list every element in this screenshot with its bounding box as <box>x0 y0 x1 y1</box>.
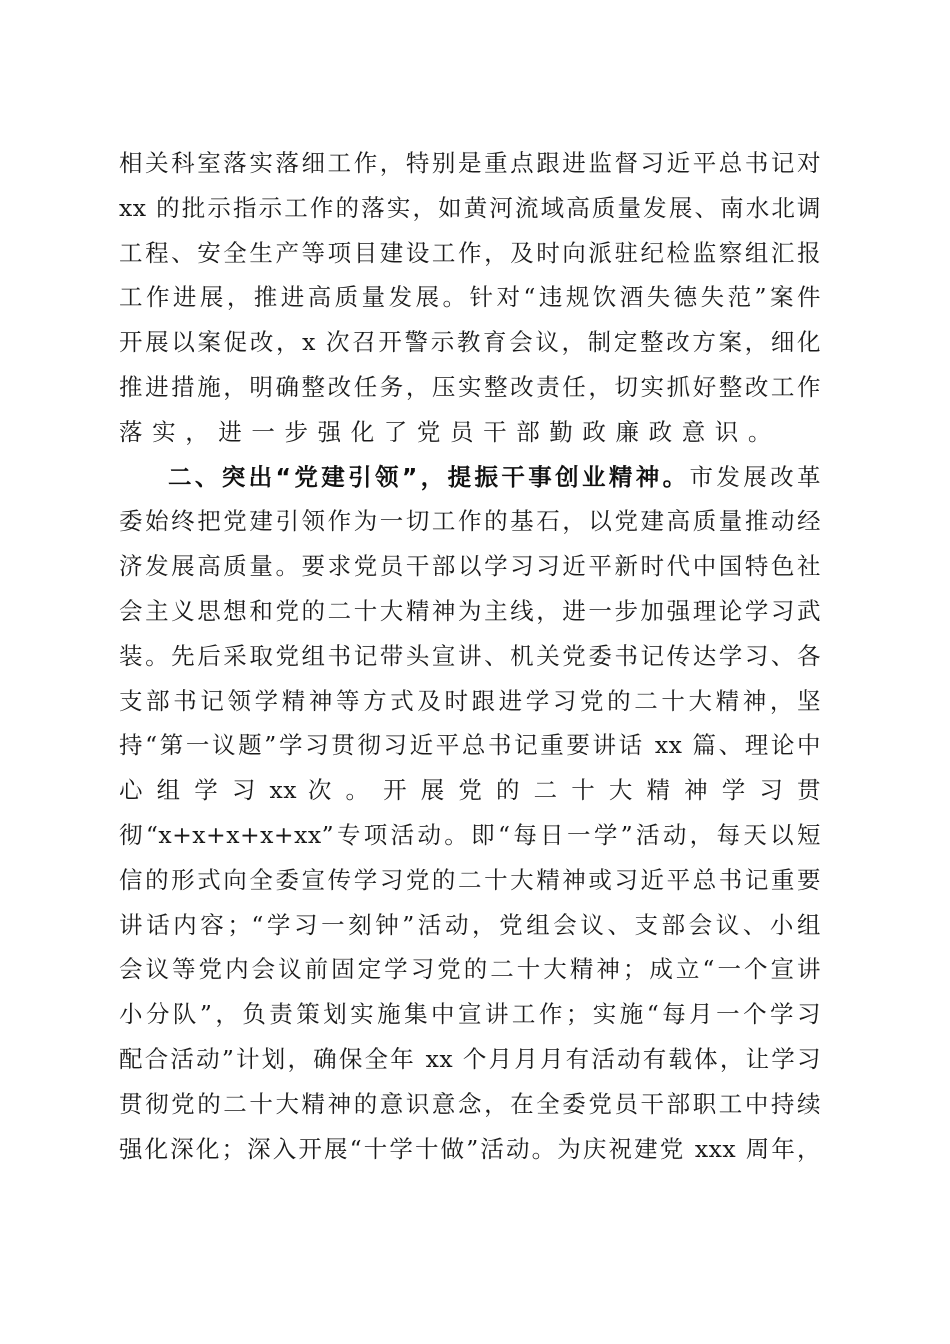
text-line: 工程、安全生产等项目建设工作，及时向派驻纪检监察组汇报 <box>119 231 821 276</box>
text-line: 持“第一议题”学习贯彻习近平总书记重要讲话 xx 篇、理论中 <box>119 723 821 768</box>
text-line: 推进措施，明确整改任务，压实整改责任，切实抓好整改工作 <box>119 365 821 410</box>
text-line: 济发展高质量。要求党员干部以学习习近平新时代中国特色社 <box>119 544 821 589</box>
text-line: 支部书记领学精神等方式及时跟进学习党的二十大精神，坚 <box>119 679 821 724</box>
paragraph-section-two: 二、突出“党建引领”，提振干事创业精神。市发展改革 委始终把党建引领作为一切工作… <box>119 455 821 1172</box>
text-line: 贯彻党的二十大精神的意识意念，在全委党员干部职工中持续 <box>119 1082 821 1127</box>
text-line: 相关科室落实落细工作，特别是重点跟进监督习近平总书记对 <box>119 141 821 186</box>
text-line: 装。先后采取党组书记带头宣讲、机关党委书记传达学习、各 <box>119 634 821 679</box>
body-text: 相关科室落实落细工作，特别是重点跟进监督习近平总书记对 xx 的批示指示工作的落… <box>119 141 821 1171</box>
paragraph-continuation: 相关科室落实落细工作，特别是重点跟进监督习近平总书记对 xx 的批示指示工作的落… <box>119 141 821 455</box>
section-heading-line: 二、突出“党建引领”，提振干事创业精神。市发展改革 <box>119 455 821 500</box>
text-line: 信的形式向全委宣传学习党的二十大精神或习近平总书记重要 <box>119 858 821 903</box>
text-line: xx 的批示指示工作的落实，如黄河流域高质量发展、南水北调 <box>119 186 821 231</box>
text-line: 委始终把党建引领作为一切工作的基石，以党建高质量推动经 <box>119 499 821 544</box>
text-line: 讲话内容；“学习一刻钟”活动，党组会议、支部会议、小组 <box>119 903 821 948</box>
text-line: 彻“x+x+x+x+xx”专项活动。即“每日一学”活动，每天以短 <box>119 813 821 858</box>
document-page: 相关科室落实落细工作，特别是重点跟进监督习近平总书记对 xx 的批示指示工作的落… <box>0 0 950 1344</box>
section-heading: 二、突出“党建引领”，提振干事创业精神。 <box>168 463 689 491</box>
text-line: 会主义思想和党的二十大精神为主线，进一步加强理论学习武 <box>119 589 821 634</box>
text-line: 心 组 学 习 xx 次 。 开 展 党 的 二 十 大 精 神 学 习 贯 <box>119 768 821 813</box>
text-line: 小分队”，负责策划实施集中宣讲工作；实施“每月一个学习 <box>119 992 821 1037</box>
text-line: 工作进展，推进高质量发展。针对“违规饮酒失德失范”案件 <box>119 275 821 320</box>
text-line: 会议等党内会议前固定学习党的二十大精神；成立“一个宣讲 <box>119 947 821 992</box>
text-line: 开展以案促改，x 次召开警示教育会议，制定整改方案，细化 <box>119 320 821 365</box>
text-line: 强化深化；深入开展“十学十做”活动。为庆祝建党 xxx 周年， <box>119 1127 821 1172</box>
heading-line-rest: 市发展改革 <box>689 463 821 491</box>
text-line: 落实，进一步强化了党员干部勤政廉政意识。 <box>119 410 821 455</box>
text-line: 配合活动”计划，确保全年 xx 个月月月有活动有载体，让学习 <box>119 1037 821 1082</box>
